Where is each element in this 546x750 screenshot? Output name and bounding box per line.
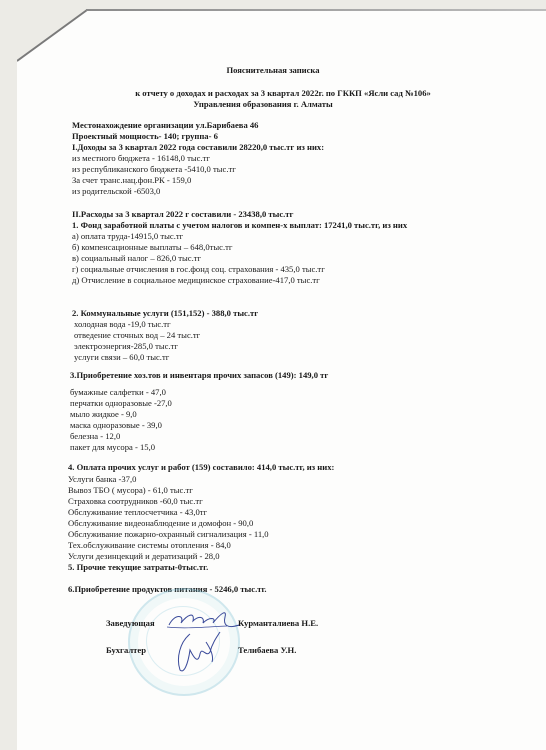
services-item: Обслуживание видеонаблюдение и домофон -… — [68, 518, 253, 528]
services-item: Вывоз ТБО ( мусора) - 61,0 тыс.тг — [68, 485, 193, 495]
supplies-item: бумажные салфетки - 47,0 — [70, 387, 166, 397]
supplies-item: пакет для мусора - 15,0 — [70, 442, 155, 452]
income-item: из республиканского бюджета -5410,0 тыс.… — [72, 164, 236, 174]
services-item: Страховка соотрудников -60,0 тыс.тг — [68, 496, 203, 506]
capacity: Проектный мощность- 140; группа- 6 — [72, 131, 218, 141]
signature-role-accountant: Бухгалтер — [106, 645, 146, 655]
supplies-heading: 3.Приобретение хоз.тов и инвентаря прочи… — [70, 370, 328, 380]
payroll-item: д) Отчисление в социальное медицинское с… — [72, 275, 320, 285]
other-expenses: 5. Прочие текущие затраты-0тыс.тг. — [68, 562, 208, 572]
document-title: Пояснительная записка — [0, 65, 546, 75]
utilities-item: электроэнергия-285,0 тыс.тг — [74, 341, 178, 351]
services-item: Услуги дезинцекций и дератизаций - 28,0 — [68, 551, 220, 561]
payroll-item: в) социальный налог – 826,0 тыс.тг — [72, 253, 201, 263]
payroll-item: г) социальные отчисления в гос.фонд соц.… — [72, 264, 325, 274]
income-item: За счет транс.нац.фон.РК - 159,0 — [72, 175, 191, 185]
services-item: Услуги банка -37,0 — [68, 474, 136, 484]
document-subtitle-org: Управления образования г. Алматы — [0, 99, 536, 109]
page-top-edge — [86, 9, 546, 11]
signature-accountant — [170, 628, 230, 676]
payroll-heading: 1. Фонд заработной платы с учетом налого… — [72, 220, 407, 230]
income-item: из родительской -6503,0 — [72, 186, 160, 196]
utilities-item: отведение сточных вод – 24 тыс.тг — [74, 330, 200, 340]
supplies-item: маска одноразовые - 39,0 — [70, 420, 162, 430]
signature-role-head: Заведующая — [106, 618, 155, 628]
expenses-heading: II.Расходы за 3 квартал 2022 г составили… — [72, 209, 293, 219]
utilities-item: холодная вода -19,0 тыс.тг — [74, 319, 171, 329]
signature-name-head: Курманталиева Н.Е. — [238, 618, 318, 628]
location: Местонахождение организации ул.Барибаева… — [72, 120, 258, 130]
supplies-item: перчатки одноразовые -27,0 — [70, 398, 172, 408]
supplies-item: белезна - 12,0 — [70, 431, 120, 441]
supplies-item: мыло жидкое - 9,0 — [70, 409, 137, 419]
payroll-item: б) компенсационные выплаты – 648,0тыс.тг — [72, 242, 232, 252]
income-item: из местного бюджета - 16148,0 тыс.тг — [72, 153, 210, 163]
utilities-item: услуги связи – 60,0 тыс.тг — [74, 352, 169, 362]
services-item: Тех.обслуживание системы отопления - 84,… — [68, 540, 231, 550]
document-subtitle: к отчету о доходах и расходах за 3 кварт… — [10, 88, 546, 98]
utilities-heading: 2. Коммунальные услуги (151,152) - 388,0… — [72, 308, 258, 318]
services-item: Обслуживание пожарно-охранный сигнализац… — [68, 529, 269, 539]
payroll-item: а) оплата труда-14915,0 тыс.тг — [72, 231, 183, 241]
services-item: Обслуживание теплосчетчика - 43,0тг — [68, 507, 207, 517]
income-heading: I.Доходы за 3 квартал 2022 года составил… — [72, 142, 324, 152]
services-heading: 4. Оплата прочих услуг и работ (159) сос… — [68, 462, 334, 472]
signature-name-accountant: Телибаева У.Н. — [238, 645, 296, 655]
